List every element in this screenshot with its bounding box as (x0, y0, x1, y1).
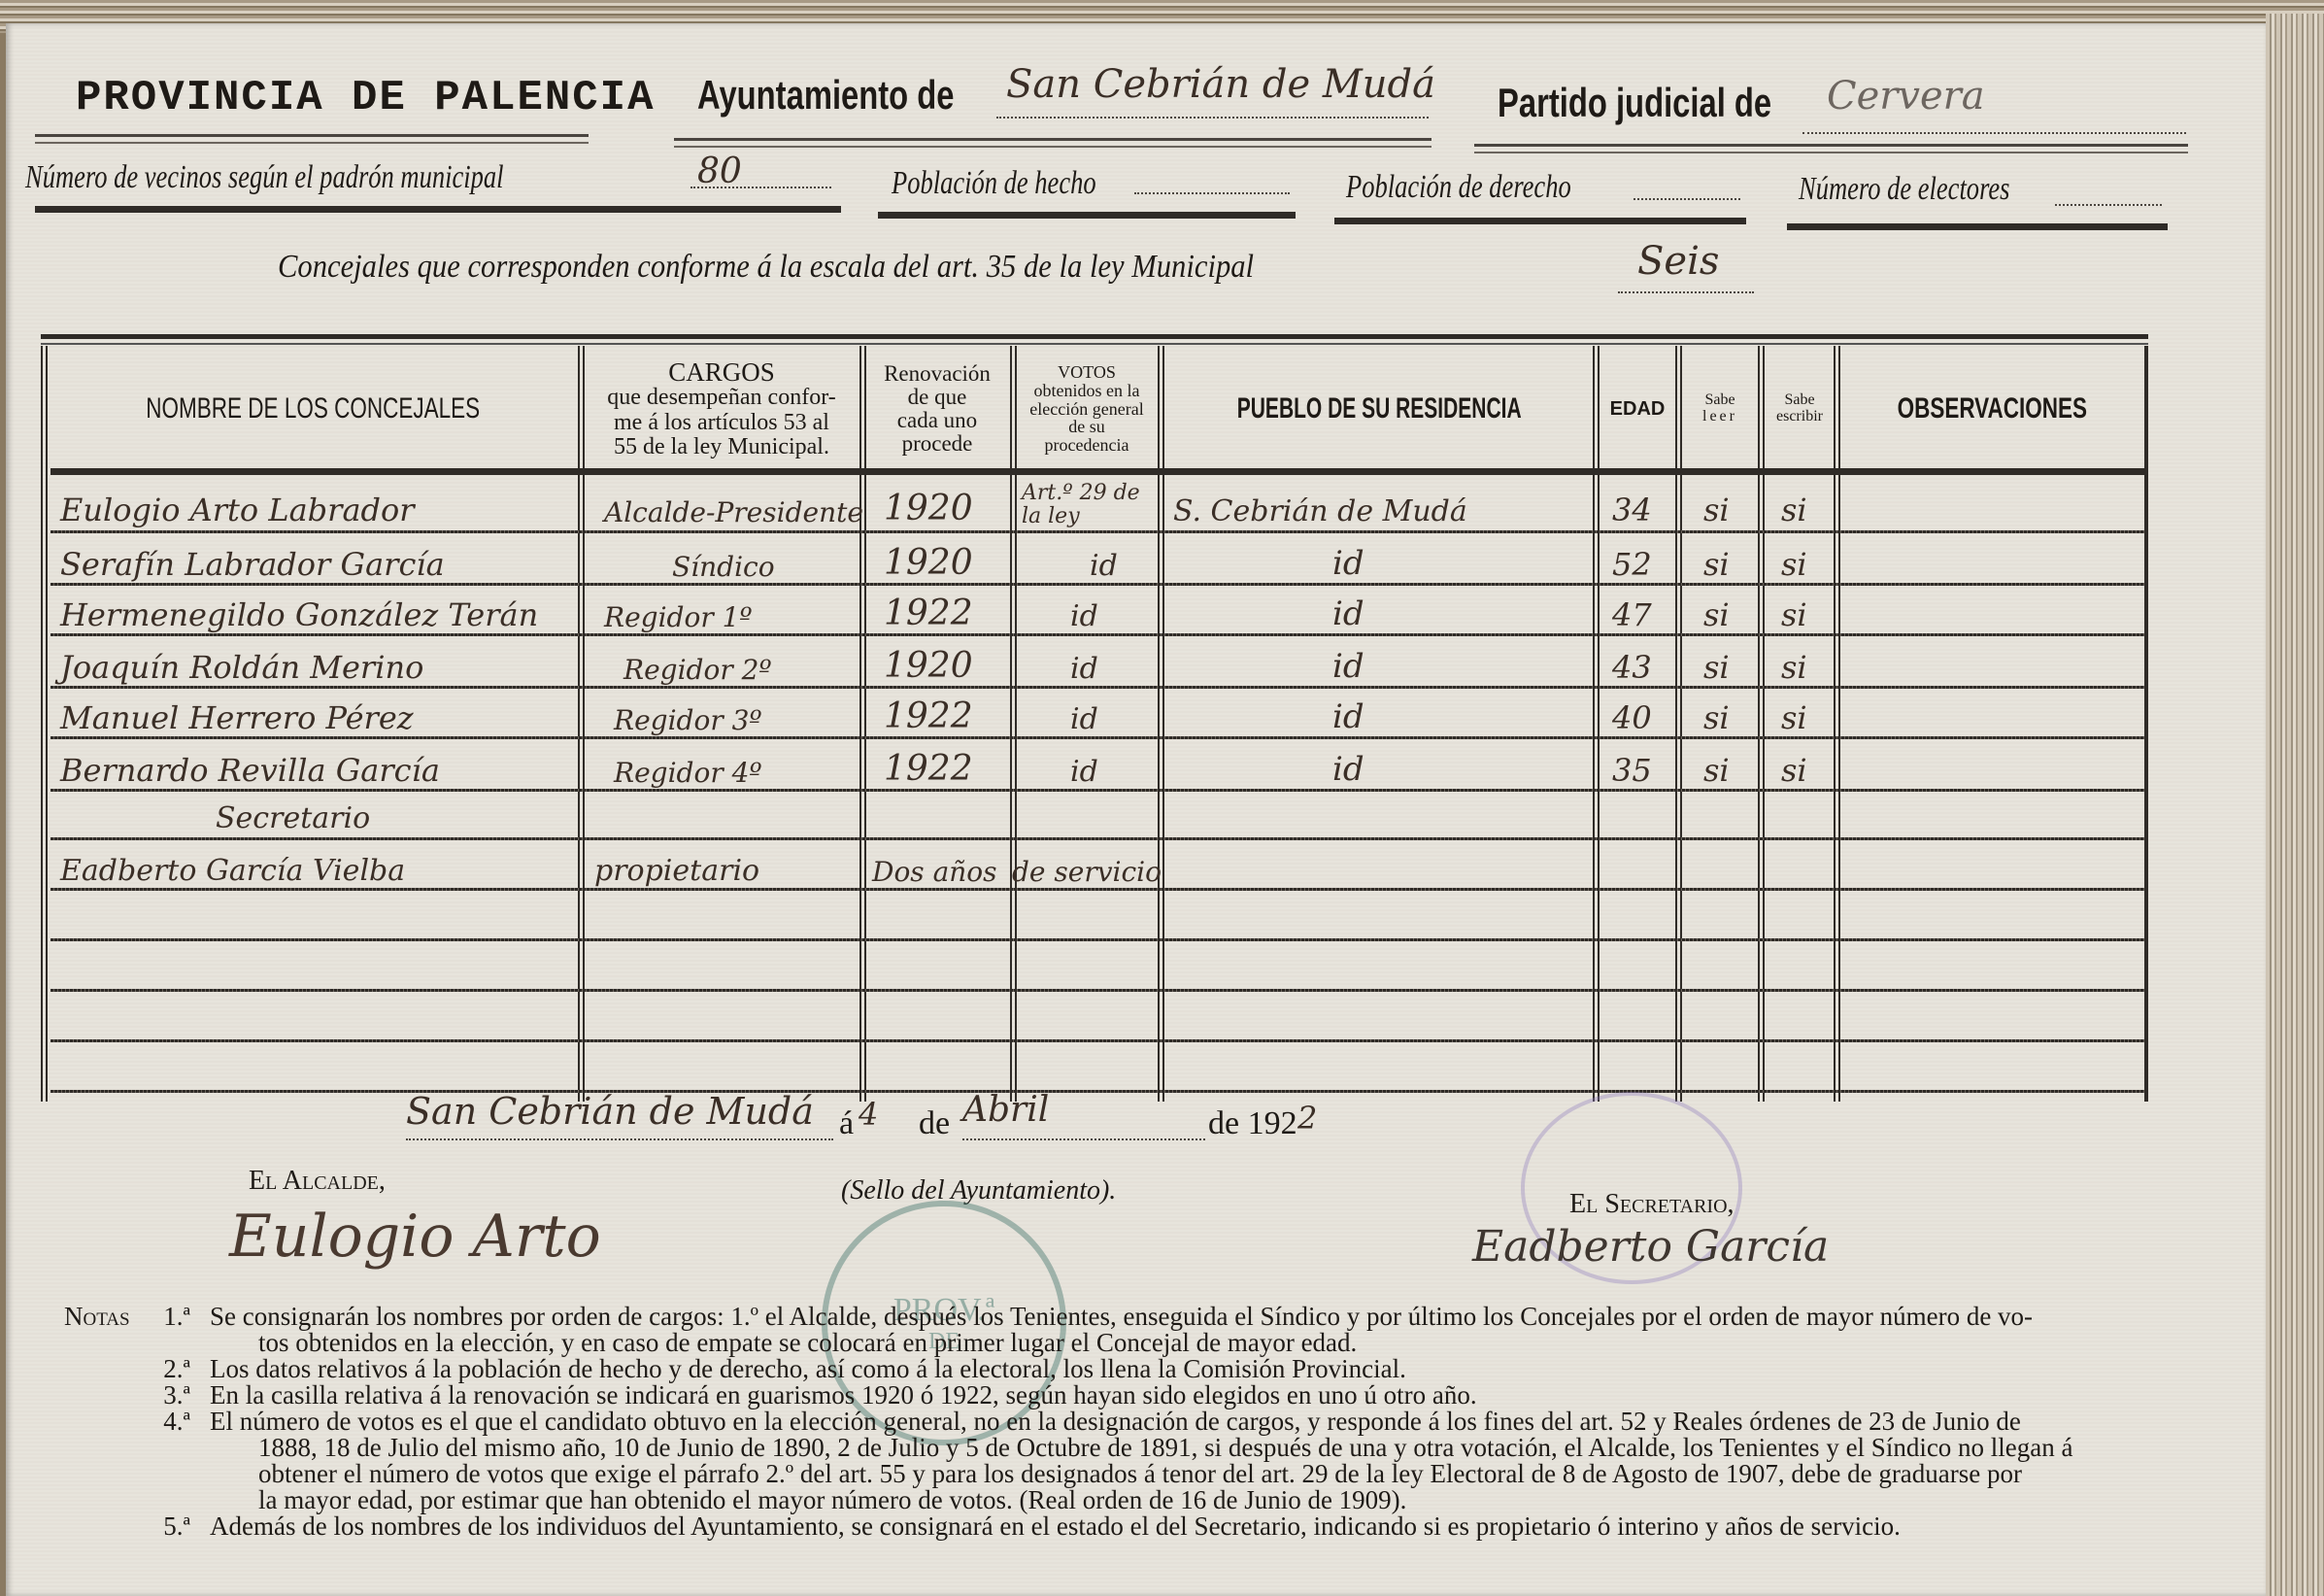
cell-renovacion: 1922 (884, 688, 973, 736)
electores-value-field (2055, 204, 2162, 206)
header-bottom-rule (51, 468, 2144, 475)
ayuntamiento-value: San Cebrián de Mudá (1006, 62, 1435, 107)
vecinos-value: 80 (697, 152, 742, 191)
note-text: obtener el número de votos que exige el … (258, 1461, 2022, 1487)
header-votos: VOTOS obtenidos en la elección general d… (1017, 346, 1157, 472)
cell-edad: 40 (1612, 688, 1652, 736)
row-rule (51, 888, 2144, 891)
header-sabe-leer: Sabe leer (1682, 346, 1758, 472)
cell-cargo: Alcalde-Presidente (604, 476, 863, 528)
note-text: tos obtenidos en la elección, y en caso … (258, 1330, 1357, 1356)
cell-cargo: Regidor 2º (623, 635, 772, 686)
row-rule (51, 938, 2144, 941)
partido-dots (1802, 132, 2186, 134)
vecinos-dots (690, 187, 831, 188)
cell-leer: si (1703, 688, 1730, 736)
date-month: Abril (962, 1090, 1049, 1130)
cell-votos: id (1070, 635, 1098, 686)
concejales-table: NOMBRE DE LOS CONCEJALES CARGOS que dese… (41, 334, 2148, 1102)
concejales-dots (1618, 291, 1754, 293)
cell-escribir: si (1781, 738, 1807, 789)
cell-cargo: Regidor 3º (614, 688, 762, 736)
secretario-signature: Eadberto García (1472, 1222, 1829, 1272)
cell-nombre: Eadberto García Vielba (60, 839, 405, 888)
ayuntamiento-dots (996, 117, 1429, 119)
note-text: la mayor edad, por estimar que han obten… (258, 1487, 1406, 1513)
date-de-label: de (919, 1105, 950, 1142)
table-top-rule (41, 343, 2148, 345)
cell-nombre: Manuel Herrero Pérez (60, 688, 414, 736)
cell-leer: si (1703, 585, 1730, 633)
cell-renovacion: Dos años (872, 839, 997, 888)
province-title: PROVINCIA DE PALENCIA (76, 74, 656, 122)
header-nombre: NOMBRE DE LOS CONCEJALES (51, 346, 575, 472)
header-sabe-escribir: Sabe escribir (1764, 346, 1836, 472)
cell-votos: id (1070, 688, 1098, 736)
cell-renovacion: 1920 (884, 476, 973, 528)
row-rule (51, 1039, 2144, 1042)
cell-pueblo: S. Cebrián de Mudá (1173, 476, 1467, 528)
cell-votos: id (1090, 532, 1118, 583)
hecho-label: Población de hecho (892, 165, 1154, 202)
document-page: PROVINCIA DE PALENCIA Ayuntamiento de Sa… (6, 23, 2266, 1596)
book-page-edges (2266, 14, 2324, 1596)
header-cargos: CARGOS que desempeñan confor- me á los a… (585, 346, 859, 472)
cell-cargo: propietario (594, 839, 759, 888)
cell-leer: si (1703, 532, 1730, 583)
sello-label: (Sello del Ayuntamiento). (841, 1175, 1116, 1206)
cell-votos: id (1070, 738, 1098, 789)
cell-nombre: Bernardo Revilla García (60, 738, 440, 789)
cell-nombre: Joaquín Roldán Merino (60, 635, 423, 686)
cell-votos: de servicio (1012, 839, 1162, 888)
header-edad: EDAD (1599, 346, 1676, 472)
cell-escribir: si (1781, 635, 1807, 686)
cell-edad: 35 (1612, 738, 1652, 789)
row-rule (51, 1090, 2144, 1093)
cell-escribir: si (1781, 688, 1807, 736)
header-rule (674, 138, 1431, 141)
cell-renovacion: 1920 (884, 532, 973, 583)
derecho-value-field (1634, 198, 1740, 200)
date-year-suffix: 2 (1297, 1100, 1317, 1137)
alcalde-signature: Eulogio Arto (229, 1203, 601, 1271)
cell-nombre: Eulogio Arto Labrador (60, 476, 415, 528)
vecinos-label: Número de vecinos según el padrón munici… (25, 159, 638, 196)
cell-cargo: Regidor 4º (614, 738, 762, 789)
alcalde-label: El Alcalde, (249, 1166, 386, 1197)
note-number: 2.ª (132, 1356, 190, 1382)
note-text: 1888, 18 de Julio del mismo año, 10 de J… (258, 1435, 2073, 1461)
date-day: 4 (859, 1096, 878, 1133)
cell-nombre: Serafín Labrador García (60, 532, 445, 583)
cell-leer: si (1703, 635, 1730, 686)
table-border (41, 346, 43, 1102)
cell-pueblo: id (1332, 738, 1364, 789)
cell-edad: 34 (1612, 476, 1652, 528)
date-a-label: á (839, 1105, 854, 1142)
cell-pueblo: id (1332, 532, 1364, 583)
cell-nombre: Hermenegildo González Terán (60, 585, 538, 633)
table-top-rule (41, 334, 2148, 339)
partido-label: Partido judicial de (1498, 80, 1849, 126)
cell-leer: si (1703, 738, 1730, 789)
stats-rule (878, 212, 1296, 219)
cell-escribir: si (1781, 476, 1807, 528)
table-border (2144, 346, 2148, 1102)
cell-cargo: Síndico (672, 532, 775, 583)
cell-edad: 52 (1612, 532, 1652, 583)
row-rule (51, 989, 2144, 992)
cell-renovacion: 1920 (884, 635, 973, 686)
header-renovacion: Renovación de que cada uno procede (866, 346, 1008, 472)
date-place-dots (406, 1138, 833, 1140)
electores-label: Número de electores (1799, 171, 2070, 208)
cell-votos: Art.º 29 de la ley (1022, 476, 1153, 528)
concejales-value: Seis (1637, 239, 1719, 284)
cell-pueblo: id (1332, 635, 1364, 686)
stats-rule (35, 206, 841, 213)
notes-label: Notas (64, 1304, 130, 1330)
note-number: 5.ª (132, 1513, 190, 1540)
note-text: El número de votos es el que el candidat… (210, 1409, 2021, 1435)
secretario-heading: Secretario (216, 791, 370, 835)
note-number: 1.ª (132, 1304, 190, 1330)
note-number: 3.ª (132, 1382, 190, 1409)
cell-pueblo: id (1332, 585, 1364, 633)
header-observaciones: OBSERVACIONES (1839, 346, 2144, 472)
note-text: En la casilla relativa á la renovación s… (210, 1382, 1477, 1409)
note-text: Se consignarán los nombres por orden de … (210, 1304, 2033, 1330)
cell-escribir: si (1781, 532, 1807, 583)
cell-leer: si (1703, 476, 1730, 528)
cell-edad: 47 (1612, 585, 1652, 633)
derecho-label: Población de derecho (1346, 169, 1634, 206)
date-place: San Cebrián de Mudá (406, 1090, 814, 1133)
header-pueblo: PUEBLO DE SU RESIDENCIA (1167, 346, 1591, 472)
cell-votos: id (1070, 585, 1098, 633)
note-text: Los datos relativos á la población de he… (210, 1356, 1406, 1382)
ayuntamiento-label: Ayuntamiento de (697, 72, 1027, 119)
note-number: 4.ª (132, 1409, 190, 1435)
cell-pueblo: id (1332, 688, 1364, 736)
cell-cargo: Regidor 1º (604, 585, 753, 633)
hecho-value-field (1134, 192, 1290, 194)
concejales-label: Concejales que corresponden conforme á l… (278, 249, 1363, 286)
cell-edad: 43 (1612, 635, 1652, 686)
stats-rule (1787, 223, 2168, 230)
partido-value: Cervera (1827, 74, 1985, 119)
stats-rule (1334, 218, 1746, 224)
cell-renovacion: 1922 (884, 738, 973, 789)
date-month-dots (962, 1138, 1205, 1140)
cell-renovacion: 1922 (884, 585, 973, 633)
secretario-label: El Secretario, (1569, 1189, 1735, 1220)
date-year-prefix: de 192 (1208, 1105, 1297, 1142)
header-rule (1474, 144, 2188, 147)
header-rule (35, 134, 589, 137)
cell-escribir: si (1781, 585, 1807, 633)
note-text: Además de los nombres de los individuos … (210, 1513, 1901, 1540)
